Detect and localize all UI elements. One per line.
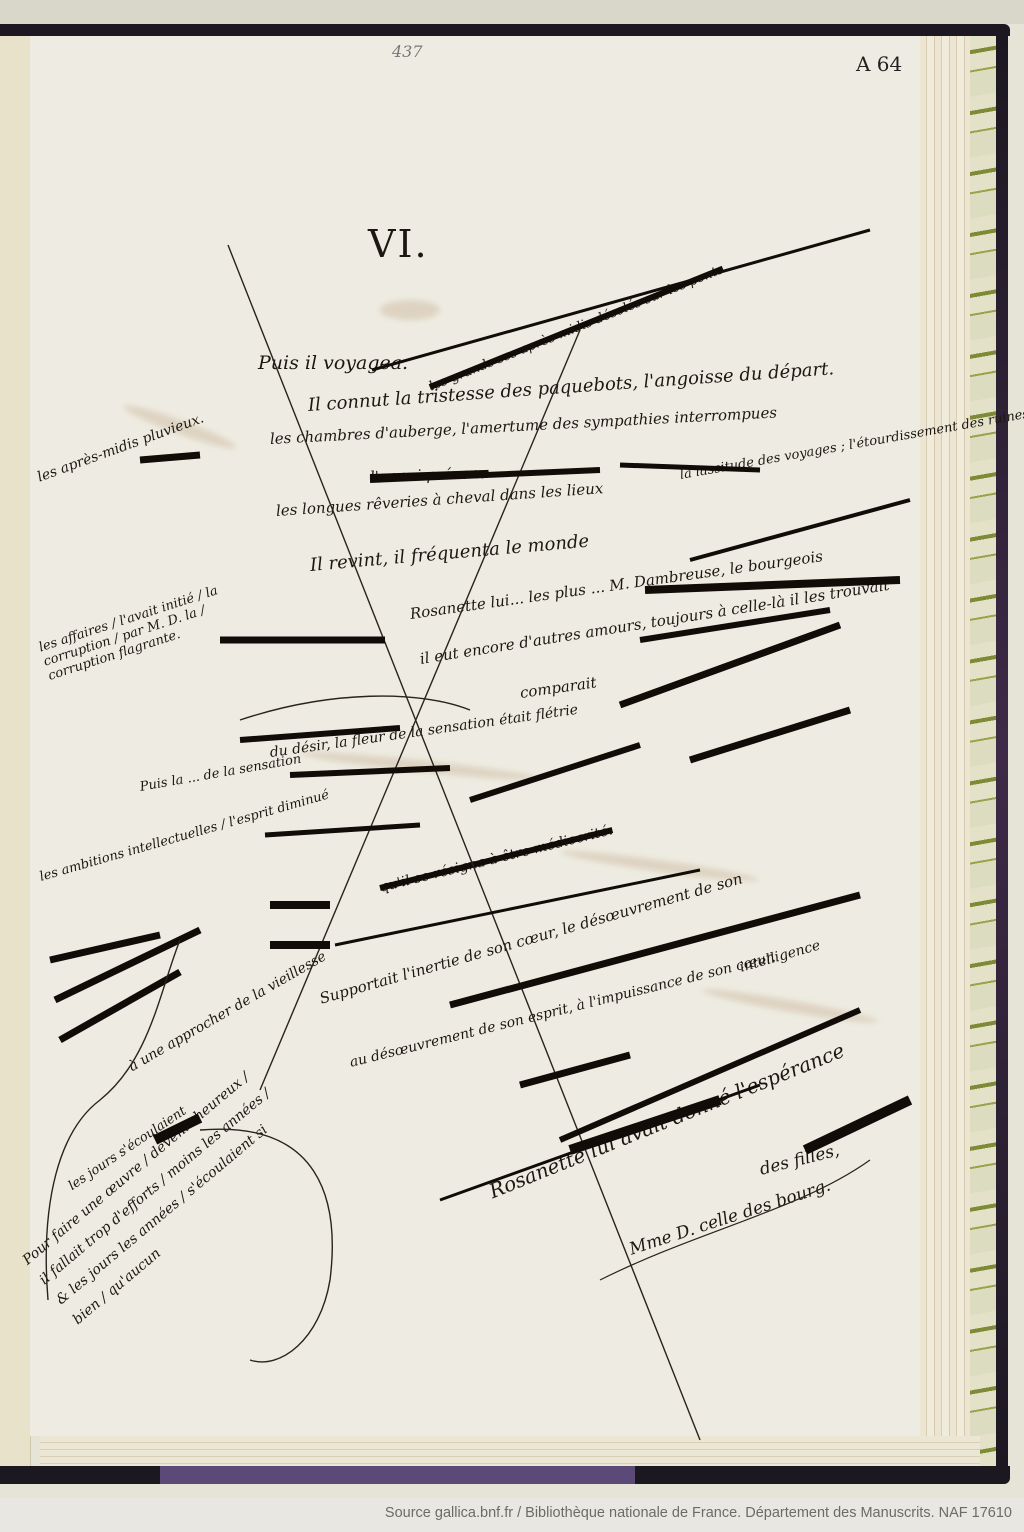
manuscript-viewer: 437 A 64 VI. Puis il voyagea. les grands… <box>0 0 1024 1532</box>
source-caption: Source gallica.bnf.fr / Bibliothèque nat… <box>385 1505 1012 1521</box>
pen-strokes <box>0 0 1024 1532</box>
